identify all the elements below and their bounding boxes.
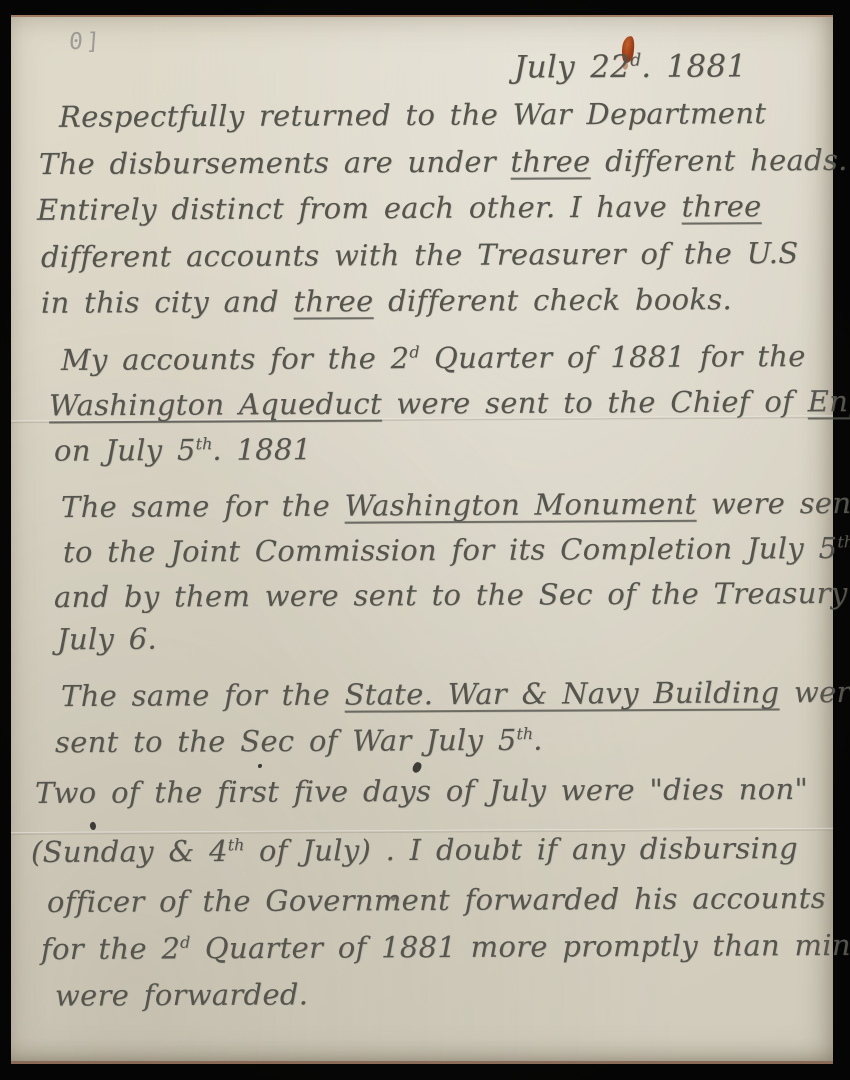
manuscript-line: on July 5th. 1881 xyxy=(54,432,312,467)
text-segment: on July 5 xyxy=(54,433,196,468)
manuscript-line: The same for the Washington Monument wer… xyxy=(61,486,850,524)
text-segment: d xyxy=(409,342,419,361)
manuscript-line: Two of the first five days of July were … xyxy=(35,772,808,810)
text-segment: were sent xyxy=(696,486,850,521)
text-segment: . 1881 xyxy=(641,48,747,85)
manuscript-line: were forwarded. xyxy=(55,977,308,1012)
manuscript-line: to the Joint Commission for its Completi… xyxy=(63,531,850,569)
underlined-text-segment: Washington Monument xyxy=(344,487,696,523)
text-segment: d xyxy=(630,51,641,71)
text-segment: different heads. xyxy=(590,143,847,178)
text-segment: were forwarded. xyxy=(55,977,308,1012)
text-segment: of July) . I doubt if any disbursing xyxy=(244,831,798,868)
underlined-text-segment: State. War & Navy Building xyxy=(344,675,779,711)
manuscript-line: Washington Aqueduct were sent to the Chi… xyxy=(49,384,850,423)
text-segment: were sent to the Chief of xyxy=(382,384,808,420)
manuscript-line: sent to the Sec of War July 5th. xyxy=(55,723,543,760)
text-segment: July 6. xyxy=(57,622,157,657)
manuscript-line: The disbursements are under three differ… xyxy=(39,143,848,181)
text-segment: . xyxy=(533,723,543,757)
manuscript-line: and by them were sent to the Sec of the … xyxy=(54,576,848,614)
manuscript-line: for the 2d Quarter of 1881 more promptly… xyxy=(41,928,850,966)
text-segment: th xyxy=(516,724,533,743)
manuscript-line: Entirely distinct from each other. I hav… xyxy=(37,189,762,227)
text-segment: My accounts for the 2 xyxy=(61,341,410,377)
manuscript-line: in this city and three different check b… xyxy=(41,282,732,320)
text-segment: and by them were sent to the Sec of the … xyxy=(54,576,848,614)
text-segment: The disbursements are under xyxy=(39,145,511,181)
underlined-text-segment: Washington Aqueduct xyxy=(49,387,382,423)
text-segment: Quarter of 1881 for the xyxy=(419,339,805,375)
manuscript-line: My accounts for the 2d Quarter of 1881 f… xyxy=(61,339,806,377)
scanner-background: 0] July 22d. 1881Respectfully returned t… xyxy=(0,0,850,1080)
text-segment: th xyxy=(837,532,850,551)
text-segment: different check books. xyxy=(373,282,732,318)
manuscript-line: The same for the State. War & Navy Build… xyxy=(61,675,850,713)
underlined-text-segment: three xyxy=(510,144,590,178)
text-segment: to the Joint Commission for its Completi… xyxy=(63,531,838,569)
text-segment: in this city and xyxy=(41,284,294,319)
text-segment: (Sunday & 4 xyxy=(31,834,228,869)
manuscript-line: officer of the Government forwarded his … xyxy=(47,881,826,919)
text-segment: officer of the Government forwarded his … xyxy=(47,881,826,919)
manuscript-paper: 0] July 22d. 1881Respectfully returned t… xyxy=(11,15,833,1064)
text-segment: different accounts with the Treasurer of… xyxy=(41,236,799,274)
text-segment: Quarter of 1881 more promptly than mine xyxy=(190,928,850,966)
text-segment: July 22 xyxy=(514,49,630,86)
text-segment: were xyxy=(779,675,850,709)
text-segment: th xyxy=(228,835,245,854)
text-segment: sent to the Sec of War July 5 xyxy=(55,723,517,759)
text-segment: Two of the first five days of July were … xyxy=(35,772,808,810)
text-segment: for the 2 xyxy=(41,931,180,966)
text-segment: Respectfully returned to the War Departm… xyxy=(59,96,766,134)
manuscript-line: Respectfully returned to the War Departm… xyxy=(59,96,766,134)
date-line: July 22d. 1881 xyxy=(514,48,747,85)
text-segment: The same for the xyxy=(61,678,345,713)
text-segment: Entirely distinct from each other. I hav… xyxy=(37,190,682,227)
underlined-text-segment: three xyxy=(293,284,373,318)
manuscript-line: July 6. xyxy=(57,622,157,657)
text-segment: . 1881 xyxy=(212,432,311,467)
underlined-text-segment: three xyxy=(681,189,761,223)
text-segment: The same for the xyxy=(61,489,345,524)
underlined-text-segment: Engineers xyxy=(808,384,850,419)
text-segment: th xyxy=(196,434,213,453)
manuscript-text: July 22d. 1881Respectfully returned to t… xyxy=(11,17,833,1061)
manuscript-line: (Sunday & 4th of July) . I doubt if any … xyxy=(31,831,798,869)
text-segment: d xyxy=(180,933,190,952)
manuscript-line: different accounts with the Treasurer of… xyxy=(41,236,799,274)
